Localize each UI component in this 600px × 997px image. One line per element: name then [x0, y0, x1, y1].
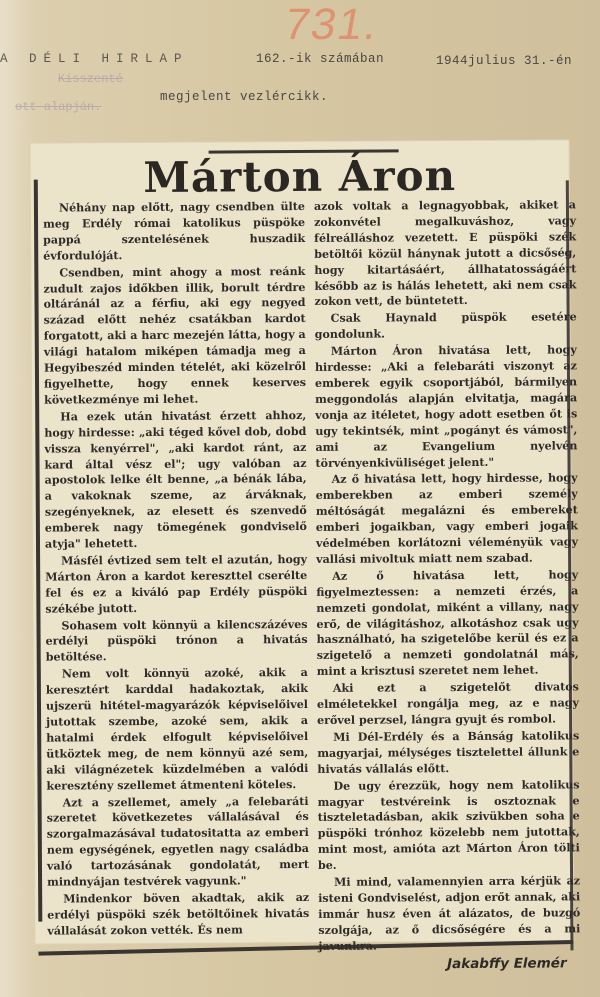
publication-date: 1944julius 31.-én [436, 54, 572, 68]
left-column: Néhány nap előtt, nagy csendben ülte meg… [43, 199, 310, 940]
typed-note: megjelent vezlércikk. [160, 90, 328, 104]
paragraph: Nem volt könnyü azoké, akik a keresztért… [46, 665, 309, 794]
paragraph: Ha ezek után hivatást érzett ahhoz, hogy… [44, 408, 307, 553]
newspaper-clipping: Márton Áron Néhány nap előtt, nagy csend… [31, 140, 574, 943]
paragraph: Csendben, mint ahogy a most reánk zudult… [43, 264, 306, 409]
left-rule [34, 180, 43, 922]
paragraph: Márton Áron hivatása lett, hogy hirdesse… [315, 342, 578, 471]
paragraph: Az ő hivatása lett, hogy figyelmeztessen… [316, 567, 579, 680]
paragraph: azok voltak a legnagyobbak, akiket a zok… [314, 197, 577, 310]
author-signature: Jakabffy Elemér [319, 956, 581, 974]
paragraph: Az ő hivatása lett, hogy hirdesse, hogy … [316, 471, 579, 568]
right-column: azok voltak a legnagyobbak, akiket a zok… [314, 197, 581, 973]
archive-number-annotation: 731. [281, 0, 383, 50]
paragraph: Mi mind, valamennyien arra kérjük az ist… [318, 873, 580, 954]
paragraph: Mi Dél-Erdély és a Bánság katolikus magy… [317, 728, 579, 777]
paragraph: Sohasem volt könnyü a kilencszázéves erd… [45, 617, 307, 666]
article-title: Márton Áron [31, 150, 569, 202]
struck-out-text: Kisszenté [58, 72, 123, 86]
struck-out-text: ott alapján. [15, 100, 101, 114]
newspaper-name: A DÉLI HIRLAP [0, 52, 189, 66]
paragraph: Aki ezt a szigetelőt divatos elméletekke… [317, 679, 579, 728]
paragraph: De ugy érezzük, hogy nem katolikus magya… [317, 777, 580, 874]
issue-number: 162.-ik számában [256, 52, 384, 66]
paragraph: Másfél évtized sem telt el azután, hogy … [45, 552, 307, 617]
paragraph: Azt a szellemet, amely „a felebaráti sze… [47, 793, 310, 890]
paragraph: Csak Haynald püspök esetére gondolunk. [315, 310, 577, 343]
paragraph: Néhány nap előtt, nagy csendben ülte meg… [43, 199, 305, 264]
paragraph: Mindenkor böven akadtak, akik az erdélyi… [47, 890, 309, 939]
